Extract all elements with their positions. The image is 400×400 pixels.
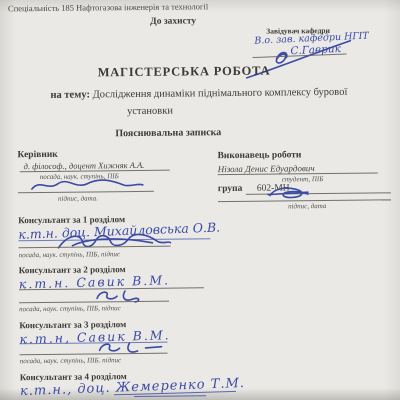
supervisor-label: Керівник — [17, 150, 57, 160]
consultant-3-caption: посада, наук. ступінь, ПІБ. підпис — [20, 356, 122, 365]
defense-label: До захисту — [150, 16, 196, 26]
executor-label: Виконавець роботи — [217, 150, 301, 161]
page-content: Спеціальність 185 Нафтогазова інженерія … — [0, 0, 400, 400]
topic-line: на тему: Дослідження динаміки піднімальн… — [11, 86, 387, 101]
page-title: МАГІСТЕРСЬКА РОБОТА — [98, 64, 271, 81]
executor-sign-caption: підпис, дата — [288, 202, 326, 210]
consultant-1-caption: посада, наук. ступінь, ПІБ, підпис — [19, 250, 121, 259]
topic-label: на тему: — [50, 89, 90, 100]
group-label: група — [218, 184, 243, 194]
consultant-2-caption: посада, наук. ступінь, ПІБ, підпис — [19, 304, 121, 313]
topic-text: Дослідження динаміки піднімального компл… — [93, 87, 348, 101]
specialty-line: Спеціальність 185 Нафтогазова інженерія … — [8, 1, 208, 13]
executor-signature — [266, 185, 310, 199]
consultant-1-signature — [52, 231, 172, 252]
topic-text-line2: установки — [127, 106, 173, 117]
consultant-4-underline-2 — [134, 395, 206, 397]
executor-caption: студент, ПІБ — [282, 175, 324, 183]
scanned-thesis-title-page: Спеціальність 185 Нафтогазова інженерія … — [0, 0, 400, 400]
supervisor-signature-line — [18, 191, 154, 193]
supervisor-sign-caption: підпис, дата. — [58, 194, 98, 202]
subtitle: Пояснювальна записка — [115, 127, 221, 139]
